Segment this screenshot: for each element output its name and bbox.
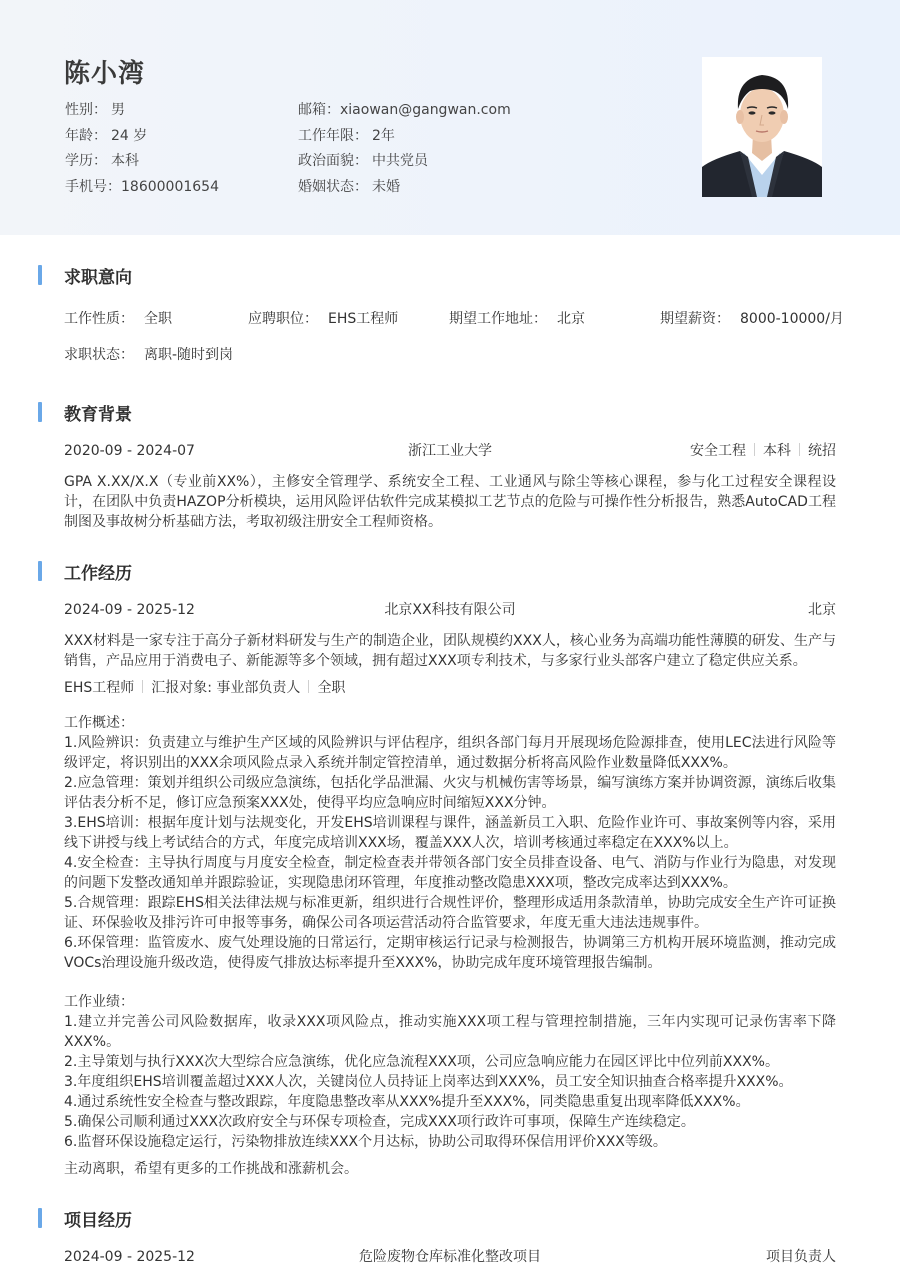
info-label: 邮箱：: [298, 102, 340, 118]
info-education: 学历：本科: [65, 151, 139, 171]
info-label: 性别：: [65, 102, 107, 118]
project-header-row: 2024-09 - 2025-12 危险废物仓库标准化整改项目 项目负责人: [64, 1247, 836, 1267]
education-major: 安全工程: [690, 443, 746, 459]
work-tags: EHS工程师汇报对象: 事业部负责人全职: [64, 678, 345, 698]
section-title-projects: 项目经历: [38, 1206, 132, 1230]
info-marital-status: 婚姻状态：未婚: [298, 177, 400, 197]
section-title-text: 教育背景: [64, 400, 132, 425]
section-accent-bar: [38, 1208, 42, 1228]
work-header-row: 2024-09 - 2025-12 北京XX科技有限公司 北京: [64, 600, 836, 620]
work-employment-type: 全职: [317, 680, 345, 696]
intent-salary: 期望薪资：8000-10000/月: [660, 309, 844, 329]
work-achievement-item: 4.通过系统性安全检查与整改跟踪，年度隐患整改率从XXX%提升至XXX%，同类隐…: [64, 1092, 836, 1112]
work-achievement-item: 5.确保公司顺利通过XXX次政府安全与环保专项检查，完成XXX项行政许可事项，保…: [64, 1112, 836, 1132]
info-phone: 手机号：18600001654: [65, 177, 219, 197]
intent-status: 求职状态：离职-随时到岗: [64, 345, 233, 365]
info-label: 手机号：: [65, 179, 121, 195]
intent-label: 求职状态：: [64, 347, 134, 363]
info-value: 2年: [372, 128, 395, 144]
work-company-intro: XXX材料是一家专注于高分子新材料研发与生产的制造企业，团队规模约XXX人，核心…: [64, 631, 836, 671]
education-degree: 本科: [763, 443, 791, 459]
intent-label: 应聘职位：: [248, 311, 318, 327]
work-achievements-title: 工作业绩：: [64, 992, 836, 1012]
info-label: 工作年限：: [298, 128, 368, 144]
work-location: 北京: [808, 600, 836, 620]
info-age: 年龄：24 岁: [65, 126, 147, 146]
work-overview-item: 3.EHS培训：根据年度计划与法规变化，开发EHS培训课程与课件，涵盖新员工入职…: [64, 813, 836, 853]
intent-value: 离职-随时到岗: [144, 347, 233, 363]
section-title-text: 项目经历: [64, 1206, 132, 1231]
work-achievement-item: 3.年度组织EHS培训覆盖超过XXX人次，关键岗位人员持证上岗率达到XXX%，员…: [64, 1072, 836, 1092]
info-political-status: 政治面貌：中共党员: [298, 151, 428, 171]
person-portrait-icon: [702, 57, 822, 197]
info-value: 24 岁: [111, 128, 147, 144]
work-leave-reason: 主动离职，希望有更多的工作挑战和涨薪机会。: [64, 1159, 836, 1179]
info-value: 本科: [111, 153, 139, 169]
section-accent-bar: [38, 561, 42, 581]
education-description: GPA X.XX/X.X（专业前XX%），主修安全管理学、系统安全工程、工业通风…: [64, 472, 836, 532]
intent-location: 期望工作地址：北京: [449, 309, 585, 329]
section-title-work: 工作经历: [38, 559, 132, 583]
work-overview-item: 5.合规管理：跟踪EHS相关法律法规与标准更新，组织进行合规性评价，整理形成适用…: [64, 893, 836, 933]
section-accent-bar: [38, 265, 42, 285]
intent-position: 应聘职位：EHS工程师: [248, 309, 398, 329]
section-title-job-intent: 求职意向: [38, 263, 132, 287]
intent-label: 工作性质：: [64, 311, 134, 327]
intent-label: 期望工作地址：: [449, 311, 547, 327]
work-overview: 工作概述： 1.风险辨识：负责建立与维护生产区域的风险辨识与评估程序，组织各部门…: [64, 713, 836, 973]
section-title-text: 求职意向: [64, 263, 132, 288]
divider: [754, 443, 755, 456]
education-tags: 安全工程本科统招: [690, 441, 836, 461]
info-gender: 性别：男: [65, 100, 125, 120]
info-label: 学历：: [65, 153, 107, 169]
divider: [308, 680, 309, 693]
divider: [142, 680, 143, 693]
work-overview-item: 4.安全检查：主导执行周度与月度安全检查，制定检查表并带领各部门安全员排查设备、…: [64, 853, 836, 893]
info-label: 婚姻状态：: [298, 179, 368, 195]
project-name: 危险废物仓库标准化整改项目: [64, 1247, 836, 1267]
info-work-years: 工作年限：2年: [298, 126, 395, 146]
divider: [799, 443, 800, 456]
info-value: xiaowan@gangwan.com: [340, 102, 511, 118]
work-achievement-item: 2.主导策划与执行XXX次大型综合应急演练，优化应急流程XXX项，公司应急响应能…: [64, 1052, 836, 1072]
work-job-title: EHS工程师: [64, 680, 134, 696]
project-role: 项目负责人: [766, 1247, 836, 1267]
work-company: 北京XX科技有限公司: [64, 600, 836, 620]
info-value: 未婚: [372, 179, 400, 195]
education-header-row: 2020-09 - 2024-07 浙江工业大学 安全工程本科统招: [64, 441, 836, 461]
avatar-photo: [702, 57, 822, 197]
intent-work-type: 工作性质：全职: [64, 309, 172, 329]
info-email: 邮箱：xiaowan@gangwan.com: [298, 100, 511, 120]
work-achievement-item: 6.监督环保设施稳定运行，污染物排放连续XXX个月达标，协助公司取得环保信用评价…: [64, 1132, 836, 1152]
section-accent-bar: [38, 402, 42, 422]
education-enrollment-type: 统招: [808, 443, 836, 459]
work-report-to: 汇报对象: 事业部负责人: [151, 680, 300, 696]
intent-value: 全职: [144, 311, 172, 327]
intent-value: EHS工程师: [328, 311, 398, 327]
info-label: 政治面貌：: [298, 153, 368, 169]
work-overview-item: 6.环保管理：监管废水、废气处理设施的日常运行，定期审核运行记录与检测报告，协调…: [64, 933, 836, 973]
work-overview-title: 工作概述：: [64, 713, 836, 733]
info-value: 中共党员: [372, 153, 428, 169]
candidate-name: 陈小湾: [64, 53, 145, 90]
profile-header: 陈小湾 性别：男 邮箱：xiaowan@gangwan.com 年龄：24 岁 …: [0, 0, 900, 235]
work-overview-item: 2.应急管理：策划并组织公司级应急演练，包括化学品泄漏、火灾与机械伤害等场景，编…: [64, 773, 836, 813]
work-achievement-item: 1.建立并完善公司风险数据库，收录XXX项风险点，推动实施XXX项工程与管理控制…: [64, 1012, 836, 1052]
section-title-text: 工作经历: [64, 559, 132, 584]
info-label: 年龄：: [65, 128, 107, 144]
intent-label: 期望薪资：: [660, 311, 730, 327]
work-overview-item: 1.风险辨识：负责建立与维护生产区域的风险辨识与评估程序，组织各部门每月开展现场…: [64, 733, 836, 773]
intent-value: 北京: [557, 311, 585, 327]
section-title-education: 教育背景: [38, 400, 132, 424]
work-achievements: 工作业绩： 1.建立并完善公司风险数据库，收录XXX项风险点，推动实施XXX项工…: [64, 992, 836, 1152]
info-value: 男: [111, 102, 125, 118]
intent-value: 8000-10000/月: [740, 311, 844, 327]
info-value: 18600001654: [121, 179, 219, 195]
